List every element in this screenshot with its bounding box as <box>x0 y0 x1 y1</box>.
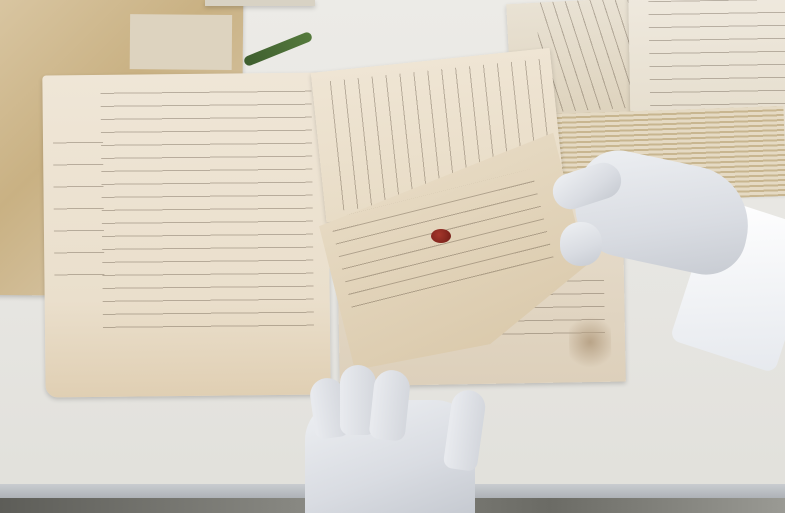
photo-scene <box>0 0 785 513</box>
glove-finger <box>368 368 411 441</box>
margin-notes <box>53 135 105 286</box>
paper-strip <box>205 0 315 6</box>
red-wax-seal <box>431 229 451 243</box>
parchment-patch <box>130 14 232 70</box>
water-stain <box>569 312 612 373</box>
left-manuscript-page <box>42 73 330 398</box>
green-sprig <box>243 31 314 67</box>
handwriting-lines <box>648 0 785 115</box>
glove-finger <box>560 222 602 266</box>
handwriting-lines <box>100 81 314 337</box>
glove-thumb <box>443 388 488 472</box>
